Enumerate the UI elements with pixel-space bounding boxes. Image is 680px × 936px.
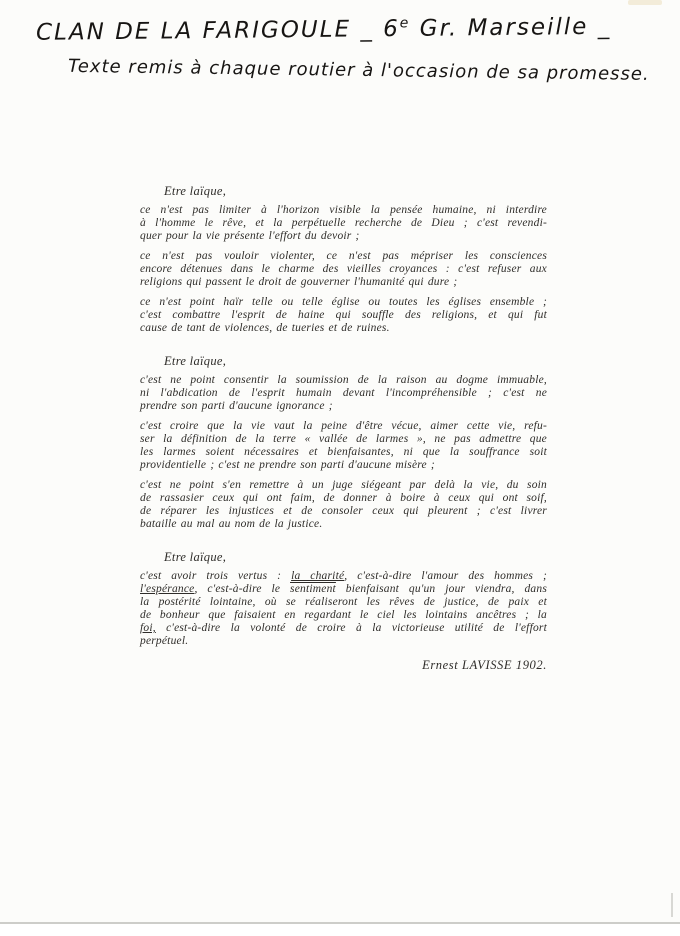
scanner-background bbox=[0, 924, 680, 936]
text-segment: ce n'est pas vouloir violenter, ce n'est… bbox=[140, 250, 547, 262]
text-segment: religions qui passent le droit de gouver… bbox=[140, 276, 457, 288]
document-text: Etre laïque,ce n'est pas limiter à l'hor… bbox=[140, 185, 547, 648]
text-line: providentielle ; c'est ne prendre son pa… bbox=[140, 459, 547, 472]
text-line: religions qui passent le droit de gouver… bbox=[140, 276, 547, 289]
text-segment: bataille au mal au nom de la justice. bbox=[140, 518, 322, 530]
paragraph: c'est ne point consentir la soumission d… bbox=[140, 374, 547, 413]
text-segment: les larmes soient nécessaires et bienfai… bbox=[140, 446, 547, 458]
text-segment: perpétuel. bbox=[140, 635, 188, 647]
text-line: c'est avoir trois vertus : la charité, c… bbox=[140, 570, 547, 583]
text-line: prendre son parti d'aucune ignorance ; bbox=[140, 400, 547, 413]
text-segment: quer pour la vie présente l'effort du de… bbox=[140, 230, 360, 242]
handwritten-title-superscript: e bbox=[400, 15, 411, 31]
signature: Ernest LAVISSE 1902. bbox=[140, 658, 599, 673]
paragraph: ce n'est pas vouloir violenter, ce n'est… bbox=[140, 250, 547, 289]
scan-smudge bbox=[628, 0, 662, 5]
text-segment: de rassasier ceux qui ont faim, de donne… bbox=[140, 492, 547, 504]
text-segment: prendre son parti d'aucune ignorance ; bbox=[140, 400, 333, 412]
text-line: la postérité lointaine, où se réaliseron… bbox=[140, 596, 547, 609]
text-segment: providentielle ; c'est ne prendre son pa… bbox=[140, 459, 435, 471]
text-segment: ser la définition de la terre « vallée d… bbox=[140, 433, 547, 445]
text-line: c'est combattre l'esprit de haine qui so… bbox=[140, 309, 547, 322]
text-segment: la postérité lointaine, où se réaliseron… bbox=[140, 596, 547, 608]
handwritten-title-suffix: Gr. Marseille _ bbox=[410, 14, 611, 42]
text-segment: ce n'est point haïr telle ou telle églis… bbox=[140, 296, 547, 308]
text-line: l'espérance, c'est-à-dire le sentiment b… bbox=[140, 583, 547, 596]
text-line: ce n'est pas vouloir violenter, ce n'est… bbox=[140, 250, 547, 263]
text-line: cause de tant de violences, de tueries e… bbox=[140, 322, 547, 335]
text-segment: c'est combattre l'esprit de haine qui so… bbox=[140, 309, 547, 321]
text-line: ce n'est pas limiter à l'horizon visible… bbox=[140, 204, 547, 217]
text-segment: ni l'abdication de l'esprit humain devan… bbox=[140, 387, 547, 399]
text-segment: bienfaisant qu'un jour viendra, dans bbox=[336, 583, 547, 595]
text-line: bataille au mal au nom de la justice. bbox=[140, 518, 547, 531]
text-segment: c'est croire que la vie vaut la peine d'… bbox=[140, 420, 547, 432]
scan-edge-artifact bbox=[671, 893, 673, 917]
document-section: Etre laïque,c'est avoir trois vertus : l… bbox=[140, 551, 547, 648]
text-line: quer pour la vie présente l'effort du de… bbox=[140, 230, 547, 243]
paragraph: ce n'est point haïr telle ou telle églis… bbox=[140, 296, 547, 335]
text-segment: , c'est-à-dire le bbox=[194, 583, 290, 595]
section-heading: Etre laïque, bbox=[164, 551, 547, 564]
text-segment: c'est ne point s'en remettre à un juge s… bbox=[140, 479, 547, 491]
text-line: foi, c'est-à-dire la volonté de croire à… bbox=[140, 622, 547, 635]
handwritten-subtitle: Texte remis à chaque routier à l'occasio… bbox=[68, 56, 668, 85]
paragraph: c'est ne point s'en remettre à un juge s… bbox=[140, 479, 547, 531]
text-line: encore détenues dans le charme des vieil… bbox=[140, 263, 547, 276]
handwritten-title: CLAN DE LA FARIGOULE _ 6e Gr. Marseille … bbox=[36, 13, 636, 46]
text-line: c'est ne point s'en remettre à un juge s… bbox=[140, 479, 547, 492]
paragraph: ce n'est pas limiter à l'horizon visible… bbox=[140, 204, 547, 243]
text-segment: ce n'est pas limiter à l'horizon visible… bbox=[140, 204, 547, 216]
text-segment: encore détenues dans le charme des vieil… bbox=[140, 263, 547, 275]
underlined-text: foi, bbox=[140, 622, 156, 634]
text-line: c'est ne point consentir la soumission d… bbox=[140, 374, 547, 387]
text-line: à l'homme le rêve, et la perpétuelle rec… bbox=[140, 217, 547, 230]
underlined-text: la charité bbox=[291, 570, 344, 582]
document-section: Etre laïque,c'est ne point consentir la … bbox=[140, 355, 547, 531]
underlined-text: l'espérance bbox=[140, 583, 194, 595]
text-segment: , c'est-à-dire l'amour des hommes ; bbox=[344, 570, 547, 582]
section-heading: Etre laïque, bbox=[164, 355, 547, 368]
text-line: les larmes soient nécessaires et bienfai… bbox=[140, 446, 547, 459]
text-line: de bonheur que faisaient en regardant le… bbox=[140, 609, 547, 622]
text-segment: c'est ne point consentir la soumission d… bbox=[140, 374, 547, 386]
scanned-page: CLAN DE LA FARIGOULE _ 6e Gr. Marseille … bbox=[0, 0, 680, 936]
text-segment: à l'homme le rêve, et la perpétuelle rec… bbox=[140, 217, 547, 229]
text-segment: de réparer les injustices et de consoler… bbox=[140, 505, 547, 517]
text-segment: cause de tant de violences, de tueries e… bbox=[140, 322, 390, 334]
text-line: ni l'abdication de l'esprit humain devan… bbox=[140, 387, 547, 400]
text-line: ser la définition de la terre « vallée d… bbox=[140, 433, 547, 446]
text-line: ce n'est point haïr telle ou telle églis… bbox=[140, 296, 547, 309]
text-line: de rassasier ceux qui ont faim, de donne… bbox=[140, 492, 547, 505]
text-line: de réparer les injustices et de consoler… bbox=[140, 505, 547, 518]
handwritten-title-text: CLAN DE LA FARIGOULE _ 6 bbox=[36, 16, 400, 46]
text-line: perpétuel. bbox=[140, 635, 547, 648]
text-segment: c'est avoir trois vertus : bbox=[140, 570, 291, 582]
overlined-text: sentiment bbox=[290, 583, 336, 595]
text-segment: de bonheur que faisaient en regardant le… bbox=[140, 609, 547, 621]
paragraph: c'est avoir trois vertus : la charité, c… bbox=[140, 570, 547, 648]
document-section: Etre laïque,ce n'est pas limiter à l'hor… bbox=[140, 185, 547, 335]
paragraph: c'est croire que la vie vaut la peine d'… bbox=[140, 420, 547, 472]
section-heading: Etre laïque, bbox=[164, 185, 547, 198]
text-line: c'est croire que la vie vaut la peine d'… bbox=[140, 420, 547, 433]
text-segment: c'est-à-dire la volonté de croire à la v… bbox=[156, 622, 547, 634]
